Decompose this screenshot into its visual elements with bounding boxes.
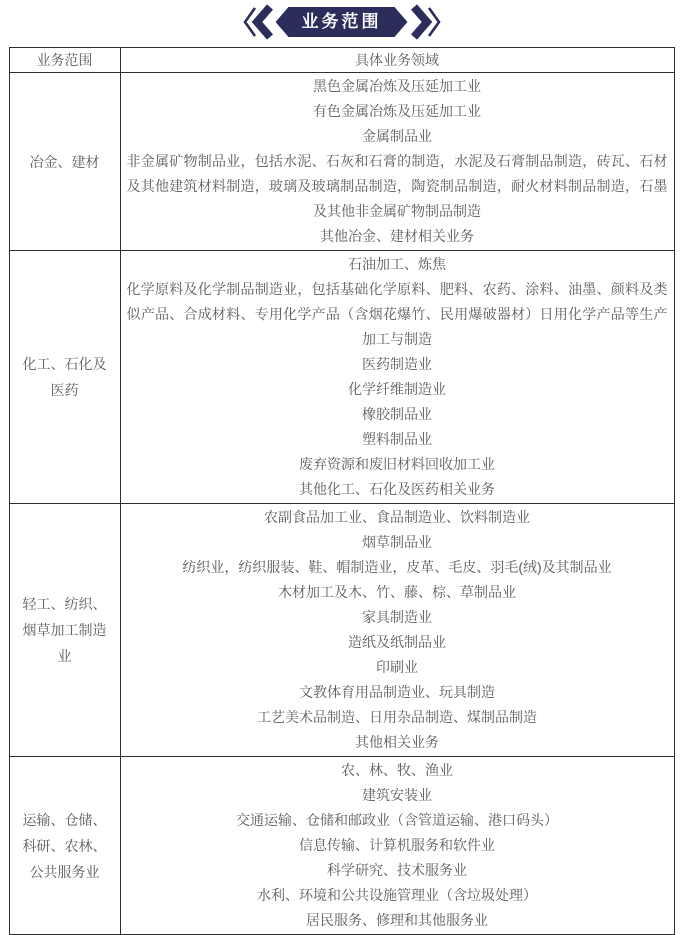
items-cell: 农、林、牧、渔业建筑安装业交通运输、仓储和邮政业（含管道运输、港口码头）信息传输… bbox=[120, 757, 674, 935]
business-area-item: 其他化工、石化及医药相关业务 bbox=[125, 477, 670, 502]
business-area-item: 非金属矿物制品业，包括水泥、石灰和石膏的制造，水泥及石膏制品制造，砖瓦、石材及其… bbox=[125, 149, 670, 224]
business-area-item: 黑色金属冶炼及压延加工业 bbox=[125, 74, 670, 99]
business-area-item: 金属制品业 bbox=[125, 124, 670, 149]
business-area-item: 有色金属冶炼及压延加工业 bbox=[125, 99, 670, 124]
table-row-group: 化工、石化及医药石油加工、炼焦化学原料及化学制品制造业，包括基础化学原料、肥料、… bbox=[9, 251, 674, 504]
business-area-item: 科学研究、技术服务业 bbox=[125, 858, 670, 883]
business-area-item: 印刷业 bbox=[125, 655, 670, 680]
table-row-group: 运输、仓储、科研、农林、公共服务业农、林、牧、渔业建筑安装业交通运输、仓储和邮政… bbox=[9, 757, 674, 935]
business-area-item: 造纸及纸制品业 bbox=[125, 630, 670, 655]
business-area-item: 居民服务、修理和其他服务业 bbox=[125, 908, 670, 933]
scope-cell: 冶金、建材 bbox=[9, 73, 120, 251]
business-area-item: 农、林、牧、渔业 bbox=[125, 758, 670, 783]
table-row-group: 冶金、建材黑色金属冶炼及压延加工业有色金属冶炼及压延加工业金属制品业非金属矿物制… bbox=[9, 73, 674, 251]
table-header-row: 业务范围 具体业务领域 bbox=[9, 48, 674, 73]
page: { "page": { "badge_title": "业务范围" }, "ta… bbox=[0, 0, 683, 935]
chevron-right-icon bbox=[410, 4, 442, 40]
business-area-item: 建筑安装业 bbox=[125, 783, 670, 808]
business-area-item: 石油加工、炼焦 bbox=[125, 252, 670, 277]
business-area-item: 其他相关业务 bbox=[125, 730, 670, 755]
business-area-item: 其他冶金、建材相关业务 bbox=[125, 224, 670, 249]
business-area-item: 信息传输、计算机服务和软件业 bbox=[125, 833, 670, 858]
column-header-areas: 具体业务领域 bbox=[120, 48, 674, 73]
items-cell: 农副食品加工业、食品制造业、饮料制造业烟草制品业纺织业，纺织服装、鞋、帽制造业，… bbox=[120, 504, 674, 757]
scope-cell: 运输、仓储、科研、农林、公共服务业 bbox=[9, 757, 120, 935]
section-header: 业务范围 bbox=[0, 0, 683, 44]
table-row-group: 轻工、纺织、烟草加工制造业农副食品加工业、食品制造业、饮料制造业烟草制品业纺织业… bbox=[9, 504, 674, 757]
business-area-item: 医药制造业 bbox=[125, 352, 670, 377]
items-cell: 黑色金属冶炼及压延加工业有色金属冶炼及压延加工业金属制品业非金属矿物制品业，包括… bbox=[120, 73, 674, 251]
business-area-item: 水利、环境和公共设施管理业（含垃圾处理） bbox=[125, 883, 670, 908]
business-area-item: 橡胶制品业 bbox=[125, 402, 670, 427]
chevron-left-icon bbox=[242, 4, 274, 40]
items-cell: 石油加工、炼焦化学原料及化学制品制造业，包括基础化学原料、肥料、农药、涂料、油墨… bbox=[120, 251, 674, 504]
business-area-item: 废弃资源和废旧材料回收加工业 bbox=[125, 452, 670, 477]
business-area-item: 交通运输、仓储和邮政业（含管道运输、港口码头） bbox=[125, 808, 670, 833]
business-area-item: 化学原料及化学制品制造业，包括基础化学原料、肥料、农药、涂料、油墨、颜料及类似产… bbox=[125, 277, 670, 352]
page-title: 业务范围 bbox=[276, 7, 408, 37]
column-header-scope: 业务范围 bbox=[9, 48, 120, 73]
business-scope-table: 业务范围 具体业务领域 冶金、建材黑色金属冶炼及压延加工业有色金属冶炼及压延加工… bbox=[9, 47, 675, 935]
scope-cell: 轻工、纺织、烟草加工制造业 bbox=[9, 504, 120, 757]
business-area-item: 塑料制品业 bbox=[125, 427, 670, 452]
business-area-item: 农副食品加工业、食品制造业、饮料制造业 bbox=[125, 505, 670, 530]
business-area-item: 纺织业，纺织服装、鞋、帽制造业，皮革、毛皮、羽毛(绒)及其制品业 bbox=[125, 555, 670, 580]
business-area-item: 烟草制品业 bbox=[125, 530, 670, 555]
business-area-item: 化学纤维制造业 bbox=[125, 377, 670, 402]
business-area-item: 木材加工及木、竹、藤、棕、草制品业 bbox=[125, 580, 670, 605]
business-area-item: 家具制造业 bbox=[125, 605, 670, 630]
business-area-item: 工艺美术品制造、日用杂品制造、煤制品制造 bbox=[125, 705, 670, 730]
business-area-item: 文教体育用品制造业、玩具制造 bbox=[125, 680, 670, 705]
scope-cell: 化工、石化及医药 bbox=[9, 251, 120, 504]
